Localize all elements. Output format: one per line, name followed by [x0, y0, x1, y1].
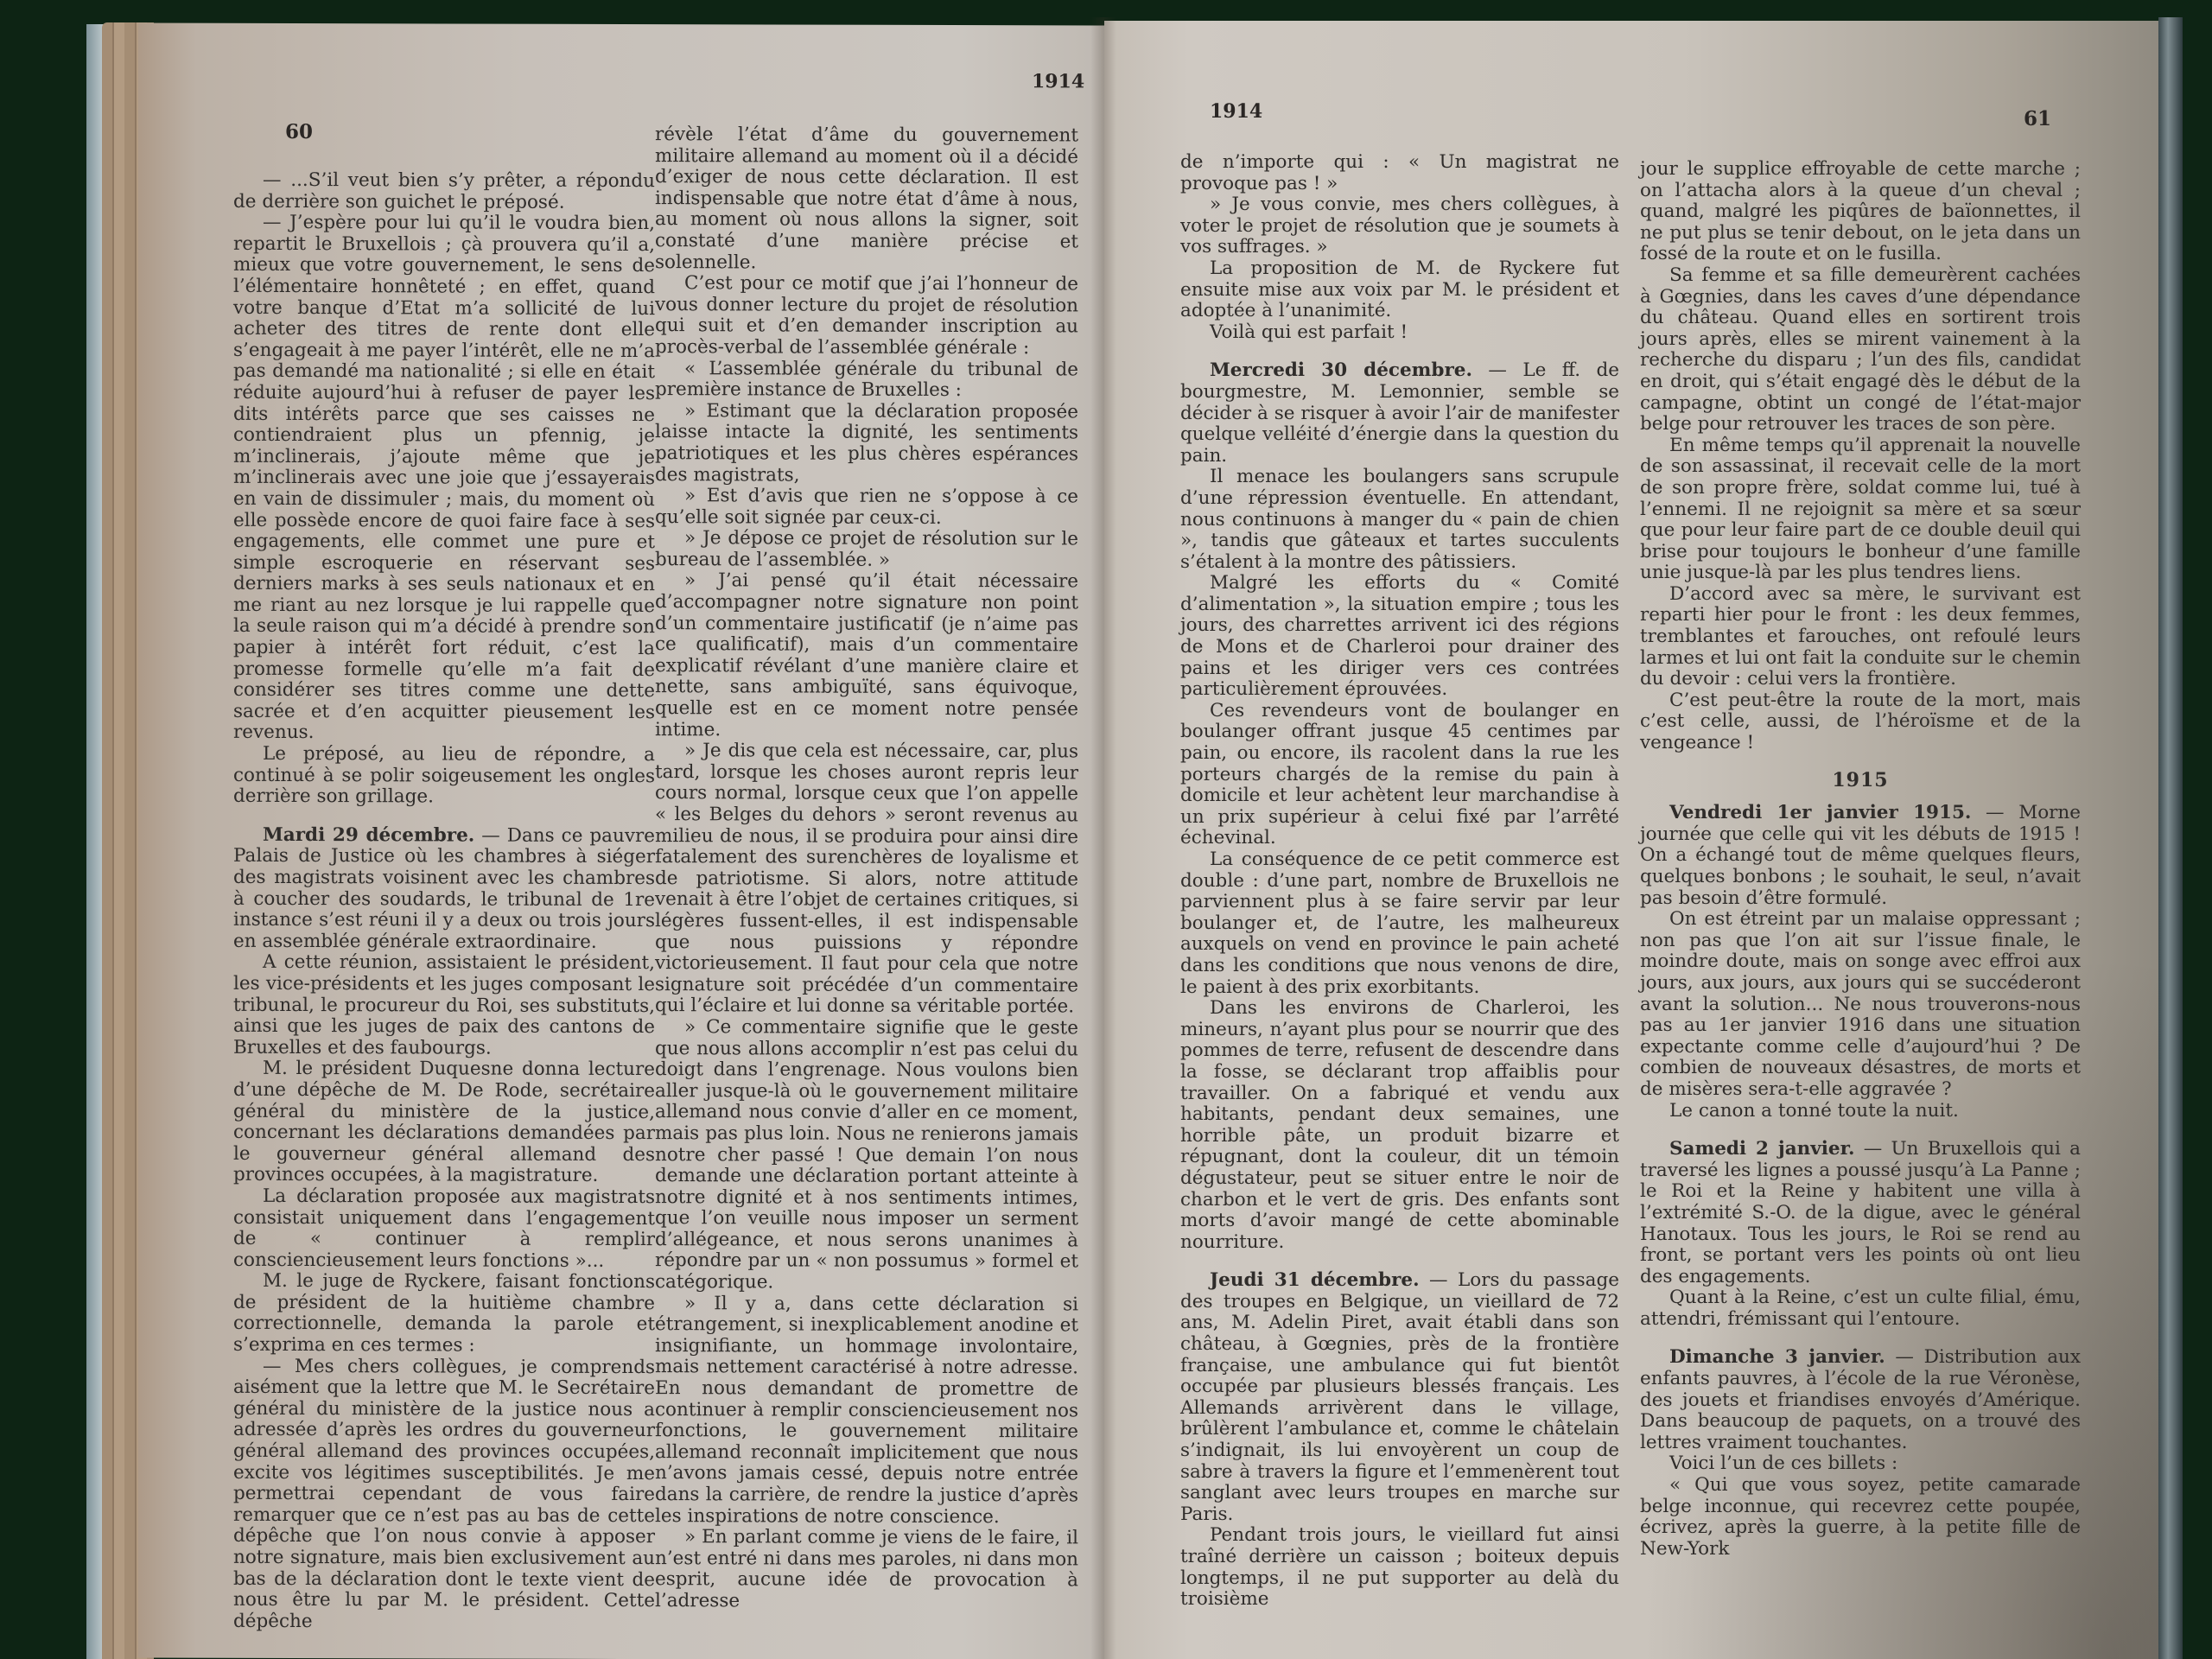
page-number-right: 61 [2024, 107, 2051, 130]
entry-text: — Un Bruxellois qui a traversé les ligne… [1640, 1138, 2081, 1287]
right-page-column-2: jour le supplice effroyable de cette mar… [1640, 159, 2081, 1560]
paragraph: « Qui que vous soyez, petite camarade be… [1640, 1475, 2081, 1560]
page-number-left: 60 [285, 120, 313, 143]
paragraph: On est étreint par un malaise oppressant… [1640, 909, 2081, 1100]
right-page-column-1: de n’importe qui : « Un magistrat ne pro… [1180, 152, 1619, 1611]
paragraph: D’accord avec sa mère, le survivant est … [1640, 584, 2081, 690]
paragraph: La proposition de M. de Ryckere fut ensu… [1180, 258, 1619, 322]
paragraph: jour le supplice effroyable de cette mar… [1640, 159, 2081, 265]
paragraph: M. le président Duquesne donna lecture d… [233, 1058, 655, 1187]
paragraph: Dans les environs de Charleroi, les mine… [1180, 998, 1619, 1253]
paragraph: » Je dis que cela est nécessaire, car, p… [655, 741, 1078, 1018]
paragraph: — Mes chers collègues, je comprends aisé… [233, 1356, 655, 1633]
entry-dateline: Vendredi 1er janvier 1915. [1669, 802, 1971, 823]
paragraph: Il menace les boulangers sans scrupule d… [1180, 467, 1619, 573]
paragraph: révèle l’état d’âme du gouvernement mili… [655, 124, 1078, 274]
paragraph: Ces revendeurs vont de boulanger en boul… [1180, 701, 1619, 849]
paragraph: de n’importe qui : « Un magistrat ne pro… [1180, 152, 1619, 194]
paragraph: Voilà qui est parfait ! [1180, 322, 1619, 344]
entry-dateline: Mercredi 30 décembre. [1210, 359, 1472, 381]
entry-dateline: Samedi 2 janvier. [1669, 1138, 1854, 1160]
left-page-column-1: — ...S’il veut bien s’y prêter, a répond… [233, 170, 655, 1634]
paragraph: — ...S’il veut bien s’y prêter, a répond… [233, 170, 655, 213]
paragraph: — J’espère pour lui qu’il le voudra bien… [233, 213, 655, 745]
left-page-column-2: révèle l’état d’âme du gouvernement mili… [655, 124, 1078, 1613]
paragraph: En même temps qu’il apprenait la nouvell… [1640, 435, 2081, 584]
paragraph: » Est d’avis que rien ne s’oppose à ce q… [655, 486, 1078, 529]
diary-entry-jeudi-31: Jeudi 31 décembre. — Lors du passage des… [1180, 1270, 1619, 1525]
paragraph: « L’assemblée générale du tribunal de pr… [655, 359, 1078, 402]
paragraph: Malgré les efforts du « Comité d’aliment… [1180, 573, 1619, 701]
paragraph: Sa femme et sa fille demeurèrent cachées… [1640, 265, 2081, 435]
paragraph: La déclaration proposée aux magistrats c… [233, 1186, 655, 1273]
diary-entry-dimanche-3: Dimanche 3 janvier. — Distribution aux e… [1640, 1347, 2081, 1453]
book-gutter-fold [1090, 17, 1116, 1659]
right-page: 1914 61 de n’importe qui : « Un magistra… [1104, 21, 2160, 1659]
entry-dateline: Jeudi 31 décembre. [1210, 1269, 1420, 1291]
paragraph: La conséquence de ce petit commerce est … [1180, 849, 1619, 998]
running-head-left: 1914 [1032, 70, 1084, 92]
open-book: 60 1914 — ...S’il veut bien s’y prêter, … [0, 0, 2212, 1659]
paragraph: » Il y a, dans cette déclaration si étra… [655, 1294, 1078, 1529]
paragraph: Voici l’un de ces billets : [1640, 1453, 2081, 1475]
paragraph: M. le juge de Ryckere, faisant fonctions… [233, 1271, 655, 1357]
paragraph: C’est pour ce motif que j’ai l’honneur d… [655, 273, 1078, 359]
paragraph: A cette réunion, assistaient le présiden… [233, 952, 655, 1059]
entry-dateline: Dimanche 3 janvier. [1669, 1346, 1885, 1368]
diary-entry-mardi-29: Mardi 29 décembre. — Dans ce pauvre Pala… [233, 825, 655, 954]
entry-text: — Lors du passage des troupes en Belgiqu… [1180, 1269, 1619, 1525]
paragraph: Quant à la Reine, c’est un culte filial,… [1640, 1287, 2081, 1330]
diary-entry-samedi-2: Samedi 2 janvier. — Un Bruxellois qui a … [1640, 1139, 2081, 1287]
diary-entry-mercredi-30: Mercredi 30 décembre. — Le ff. de bourgm… [1180, 360, 1619, 467]
diary-entry-vendredi-1: Vendredi 1er janvier 1915. — Morne journ… [1640, 803, 2081, 909]
paragraph: » Je dépose ce projet de résolution sur … [655, 528, 1078, 571]
paragraph: » Ce commentaire signifie que le geste q… [655, 1017, 1078, 1294]
paragraph: Le préposé, au lieu de répondre, a conti… [233, 744, 655, 809]
paragraph: » J’ai pensé qu’il était nécessaire d’ac… [655, 571, 1078, 742]
paragraph: » Je vous convie, mes chers collègues, à… [1180, 194, 1619, 258]
book-cover-right-edge [2158, 17, 2183, 1659]
paragraph: » Estimant que la déclaration proposée l… [655, 401, 1078, 487]
paragraph: C’est peut-être la route de la mort, mai… [1640, 690, 2081, 754]
left-page: 60 1914 — ...S’il veut bien s’y prêter, … [138, 23, 1104, 1659]
paragraph: » En parlant comme je viens de le faire,… [655, 1527, 1078, 1613]
paragraph: Pendant trois jours, le vieillard fut ai… [1180, 1525, 1619, 1610]
paragraph: Le canon a tonné toute la nuit. [1640, 1101, 2081, 1122]
entry-dateline: Mardi 29 décembre. [263, 824, 474, 847]
year-heading-1915: 1915 [1640, 770, 2081, 791]
running-head-right: 1914 [1210, 100, 1262, 123]
